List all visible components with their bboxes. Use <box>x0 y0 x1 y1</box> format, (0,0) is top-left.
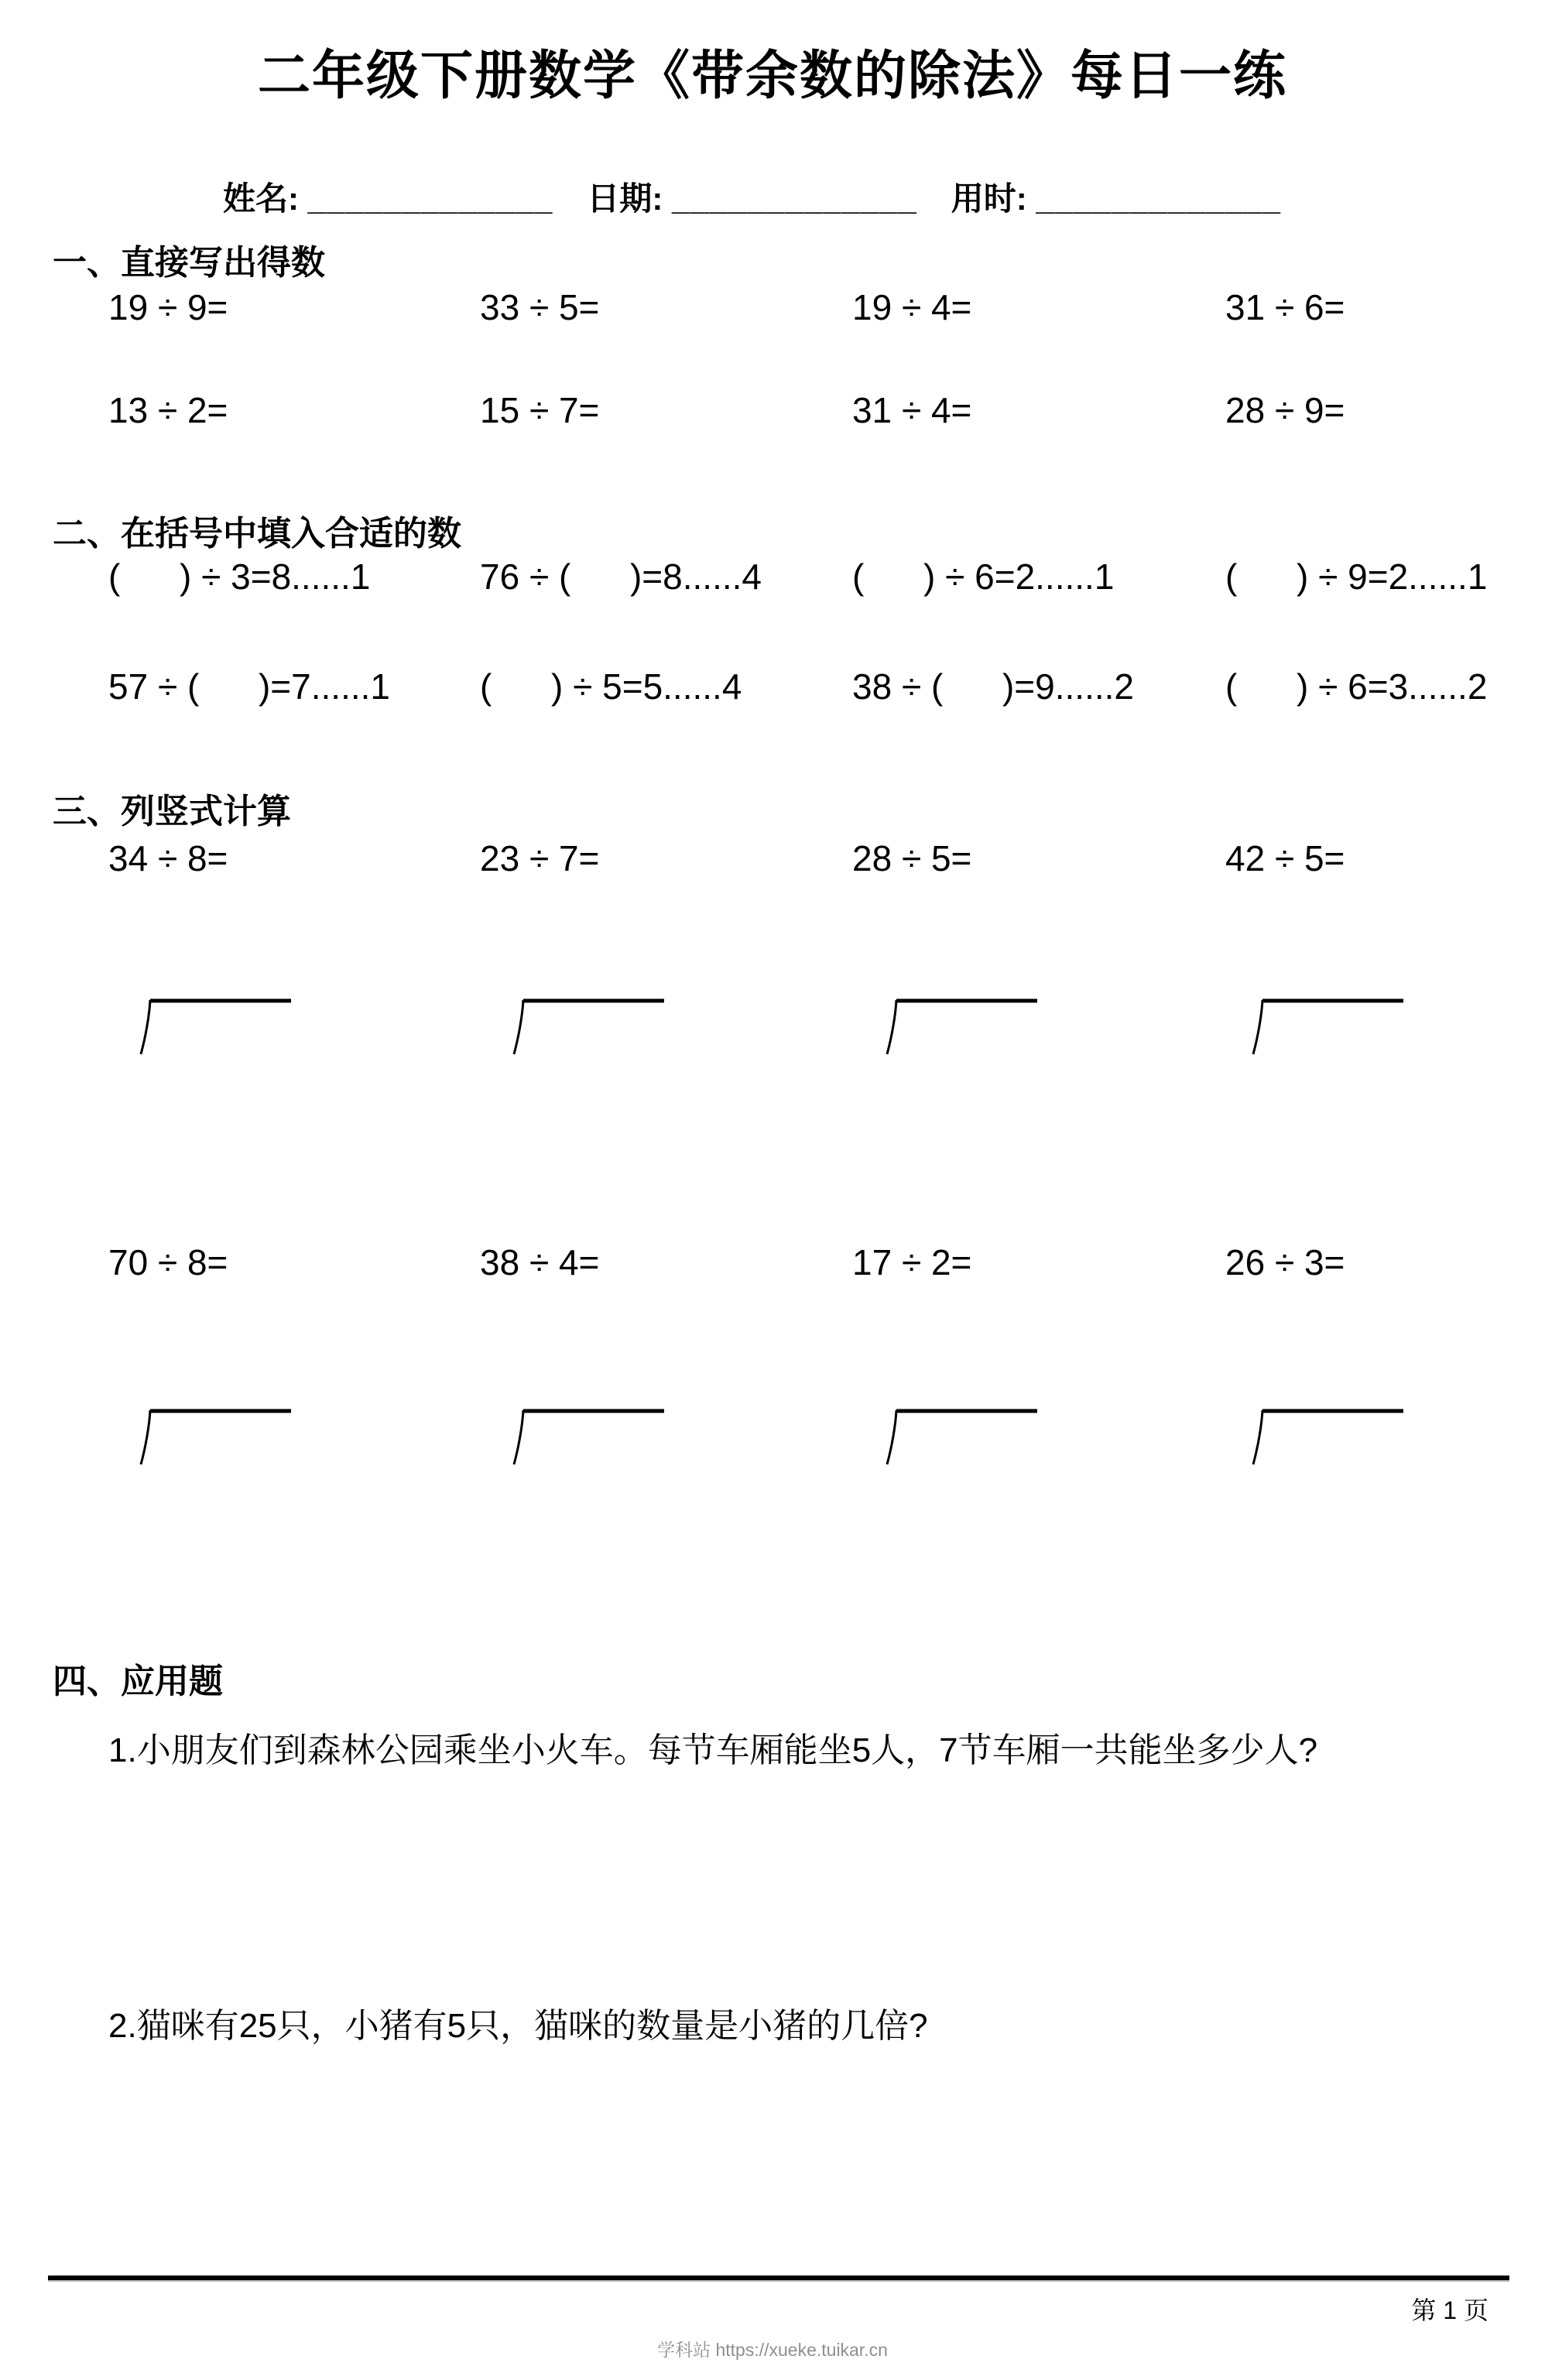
long-division-bracket <box>138 997 293 1057</box>
section-1-heading: 一、直接写出得数 <box>53 235 325 284</box>
watermark: 学科站 https://xueke.tuikar.cn <box>0 2336 1545 2361</box>
fill-blank-problem: ( ) ÷ 3=8......1 <box>108 557 370 597</box>
fill-blank-problem: ( ) ÷ 6=3......2 <box>1225 667 1487 707</box>
name-blank: _____________ <box>308 180 553 217</box>
division-problem: 19 ÷ 9= <box>108 288 228 327</box>
date-blank: _____________ <box>672 180 917 217</box>
long-division-bracket <box>1250 997 1405 1057</box>
long-division-bracket-row-2 <box>0 1407 1545 1469</box>
vertical-calc-problem: 17 ÷ 2= <box>852 1243 971 1282</box>
division-problem: 33 ÷ 5= <box>480 288 599 327</box>
section-4-heading: 四、应用题 <box>53 1653 223 1703</box>
section-2-row-1: ( ) ÷ 3=8......1 76 ÷ ( )=8......4 ( ) ÷… <box>108 557 1540 604</box>
word-problem-1: 1.小朋友们到森林公园乘坐小火车。每节车厢能坐5人，7节车厢一共能坐多少人? <box>108 1728 1471 1773</box>
name-label: 姓名: <box>223 180 299 217</box>
section-2-heading: 二、在括号中填入合适的数 <box>53 505 461 555</box>
section-2-row-2: 57 ÷ ( )=7......1 ( ) ÷ 5=5......4 38 ÷ … <box>108 667 1540 714</box>
word-problem-2: 2.猫咪有25只，小猪有5只，猫咪的数量是小猪的几倍? <box>108 2003 1471 2049</box>
section-1-row-2: 13 ÷ 2= 15 ÷ 7= 31 ÷ 4= 28 ÷ 9= <box>108 391 1540 437</box>
vertical-calc-problem: 70 ÷ 8= <box>108 1243 228 1282</box>
fill-blank-problem: 57 ÷ ( )=7......1 <box>108 667 390 707</box>
division-problem: 31 ÷ 4= <box>852 391 971 430</box>
footer-divider <box>48 2276 1509 2282</box>
vertical-calc-problem: 28 ÷ 5= <box>852 839 971 878</box>
division-problem: 15 ÷ 7= <box>480 391 599 430</box>
long-division-bracket <box>884 997 1039 1057</box>
long-division-bracket <box>1250 1407 1405 1467</box>
fill-blank-problem: ( ) ÷ 6=2......1 <box>852 557 1114 597</box>
long-division-bracket <box>511 1407 666 1467</box>
long-division-bracket <box>138 1407 293 1467</box>
long-division-bracket-row-1 <box>0 997 1545 1059</box>
vertical-calc-problem: 38 ÷ 4= <box>480 1243 599 1282</box>
worksheet-page: 二年级下册数学《带余数的除法》每日一练 姓名: _____________日期:… <box>0 0 1545 2380</box>
section-1-row-1: 19 ÷ 9= 33 ÷ 5= 19 ÷ 4= 31 ÷ 6= <box>108 288 1540 334</box>
division-problem: 28 ÷ 9= <box>1225 391 1345 430</box>
division-problem: 31 ÷ 6= <box>1225 288 1345 327</box>
vertical-calc-problem: 42 ÷ 5= <box>1225 839 1345 878</box>
time-label: 用时: <box>951 180 1027 217</box>
division-problem: 13 ÷ 2= <box>108 391 228 430</box>
section-3-row-2: 70 ÷ 8= 38 ÷ 4= 17 ÷ 2= 26 ÷ 3= <box>108 1243 1540 1289</box>
section-3-heading: 三、列竖式计算 <box>53 783 291 833</box>
long-division-bracket <box>884 1407 1039 1467</box>
page-number: 第 1 页 <box>1411 2291 1488 2327</box>
section-3-row-1: 34 ÷ 8= 23 ÷ 7= 28 ÷ 5= 42 ÷ 5= <box>108 839 1540 885</box>
fill-blank-problem: ( ) ÷ 9=2......1 <box>1225 557 1487 597</box>
student-info-line: 姓名: _____________日期: _____________用时: __… <box>223 173 1281 220</box>
fill-blank-problem: 76 ÷ ( )=8......4 <box>480 557 762 597</box>
vertical-calc-problem: 26 ÷ 3= <box>1225 1243 1345 1282</box>
fill-blank-problem: 38 ÷ ( )=9......2 <box>852 667 1134 707</box>
fill-blank-problem: ( ) ÷ 5=5......4 <box>480 667 742 707</box>
vertical-calc-problem: 34 ÷ 8= <box>108 839 228 878</box>
long-division-bracket <box>511 997 666 1057</box>
time-blank: _____________ <box>1036 180 1281 217</box>
vertical-calc-problem: 23 ÷ 7= <box>480 839 599 878</box>
division-problem: 19 ÷ 4= <box>852 288 971 327</box>
page-title: 二年级下册数学《带余数的除法》每日一练 <box>0 45 1545 108</box>
date-label: 日期: <box>587 180 663 217</box>
